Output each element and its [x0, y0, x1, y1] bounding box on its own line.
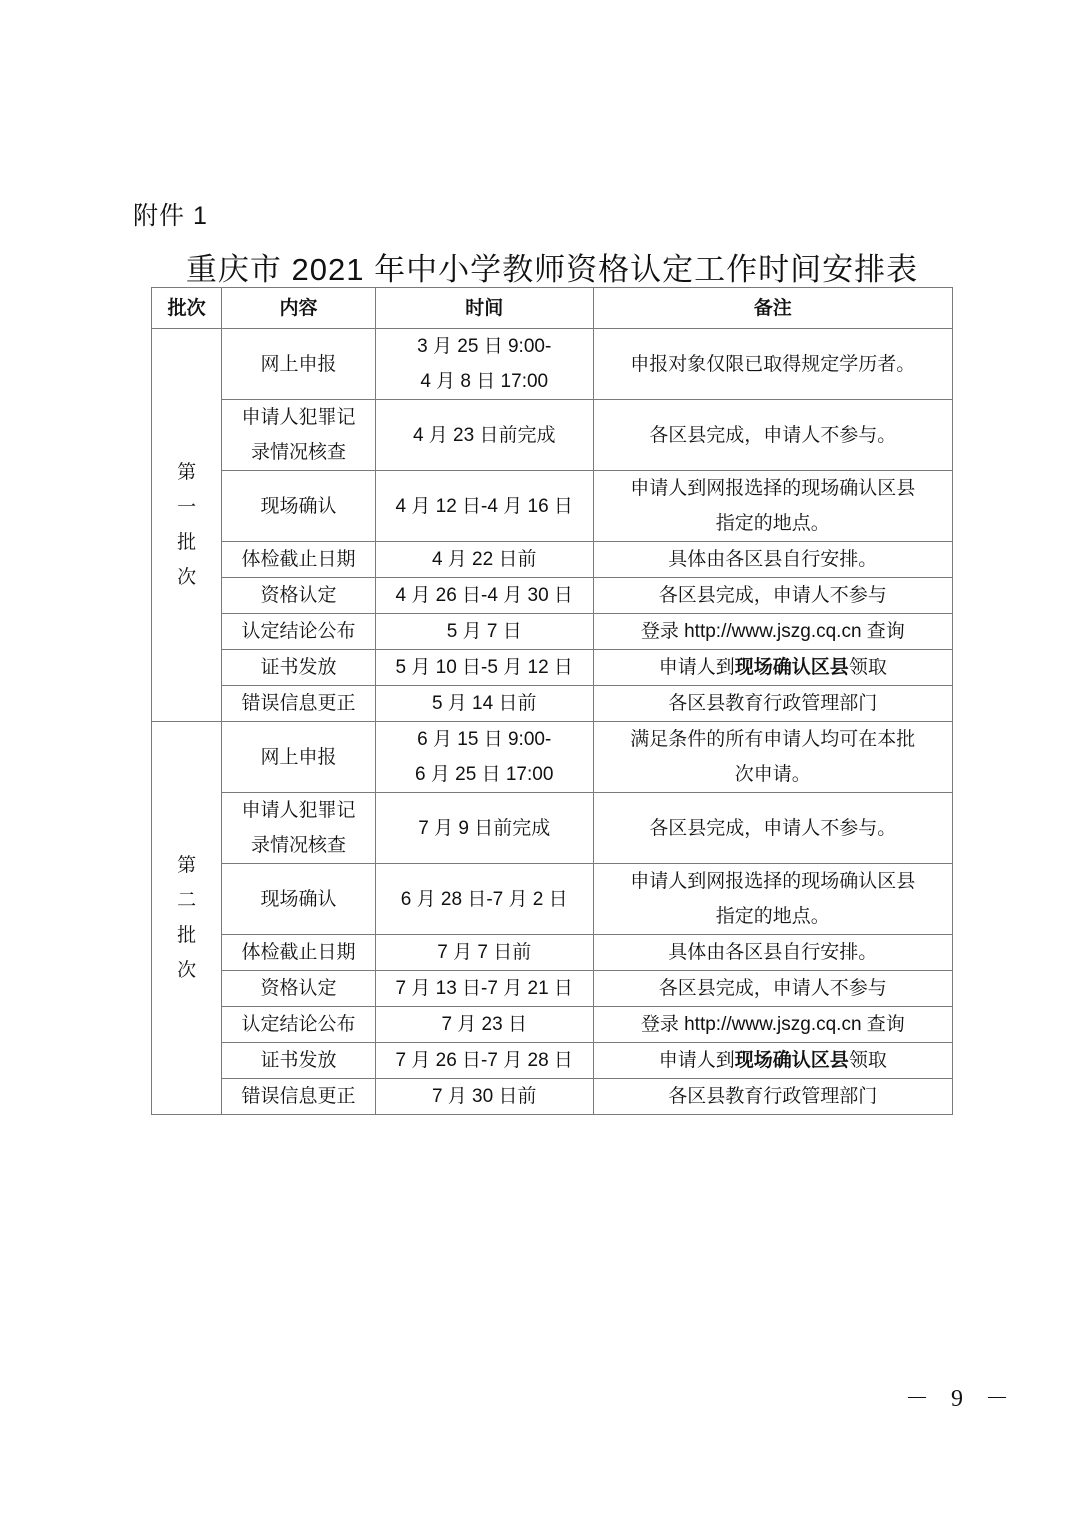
content-cell: 错误信息更正: [222, 686, 376, 722]
time-cell: 5 月 14 日前: [375, 686, 593, 722]
header-content: 内容: [222, 288, 376, 329]
table-row: 资格认定 4 月 26 日-4 月 30 日 各区县完成，申请人不参与: [152, 578, 953, 614]
content-cell: 网上申报: [222, 722, 376, 793]
content-cell: 认定结论公布: [222, 1007, 376, 1043]
table-row: 认定结论公布 5 月 7 日 登录 http://www.jszg.cq.cn …: [152, 614, 953, 650]
note-cell: 申请人到网报选择的现场确认区县指定的地点。: [593, 471, 952, 542]
table-row: 现场确认 4 月 12 日-4 月 16 日 申请人到网报选择的现场确认区县指定…: [152, 471, 953, 542]
table-row: 资格认定 7 月 13 日-7 月 21 日 各区县完成，申请人不参与: [152, 971, 953, 1007]
time-cell: 7 月 30 日前: [375, 1079, 593, 1115]
table-row: 第 二 批 次 网上申报 6 月 15 日 9:00-6 月 25 日 17:0…: [152, 722, 953, 793]
page-title: 重庆市 2021 年中小学教师资格认定工作时间安排表: [0, 244, 1074, 289]
table-row: 现场确认 6 月 28 日-7 月 2 日 申请人到网报选择的现场确认区县指定的…: [152, 864, 953, 935]
content-cell: 申请人犯罪记录情况核查: [222, 400, 376, 471]
table-row: 体检截止日期 4 月 22 日前 具体由各区县自行安排。: [152, 542, 953, 578]
table-row: 认定结论公布 7 月 23 日 登录 http://www.jszg.cq.cn…: [152, 1007, 953, 1043]
content-cell: 网上申报: [222, 329, 376, 400]
batch-label-2: 第 二 批 次: [152, 722, 222, 1115]
content-cell: 证书发放: [222, 1043, 376, 1079]
note-cell: 各区县完成，申请人不参与。: [593, 793, 952, 864]
schedule-table: 批次 内容 时间 备注 第 一 批 次 网上申报 3 月 25 日 9:00-4…: [151, 287, 953, 1115]
note-cell: 各区县教育行政管理部门: [593, 1079, 952, 1115]
time-cell: 4 月 26 日-4 月 30 日: [375, 578, 593, 614]
note-cell: 申请人到现场确认区县领取: [593, 650, 952, 686]
time-cell: 5 月 7 日: [375, 614, 593, 650]
note-cell: 各区县教育行政管理部门: [593, 686, 952, 722]
batch-label-1: 第 一 批 次: [152, 329, 222, 722]
header-note: 备注: [593, 288, 952, 329]
content-cell: 体检截止日期: [222, 542, 376, 578]
time-cell: 7 月 23 日: [375, 1007, 593, 1043]
note-cell: 登录 http://www.jszg.cq.cn 查询: [593, 1007, 952, 1043]
table-row: 证书发放 5 月 10 日-5 月 12 日 申请人到现场确认区县领取: [152, 650, 953, 686]
table-row: 证书发放 7 月 26 日-7 月 28 日 申请人到现场确认区县领取: [152, 1043, 953, 1079]
note-cell: 申请人到现场确认区县领取: [593, 1043, 952, 1079]
time-cell: 7 月 26 日-7 月 28 日: [375, 1043, 593, 1079]
time-cell: 6 月 28 日-7 月 2 日: [375, 864, 593, 935]
note-cell: 满足条件的所有申请人均可在本批次申请。: [593, 722, 952, 793]
page-number: － 9 －: [905, 1378, 1017, 1413]
note-cell: 各区县完成，申请人不参与: [593, 578, 952, 614]
note-cell: 具体由各区县自行安排。: [593, 935, 952, 971]
content-cell: 证书发放: [222, 650, 376, 686]
content-cell: 体检截止日期: [222, 935, 376, 971]
table-row: 申请人犯罪记录情况核查 4 月 23 日前完成 各区县完成，申请人不参与。: [152, 400, 953, 471]
time-cell: 4 月 22 日前: [375, 542, 593, 578]
content-cell: 认定结论公布: [222, 614, 376, 650]
note-cell: 各区县完成，申请人不参与。: [593, 400, 952, 471]
content-cell: 资格认定: [222, 578, 376, 614]
table-row: 第 一 批 次 网上申报 3 月 25 日 9:00-4 月 8 日 17:00…: [152, 329, 953, 400]
header-batch: 批次: [152, 288, 222, 329]
note-cell: 登录 http://www.jszg.cq.cn 查询: [593, 614, 952, 650]
table-row: 错误信息更正 5 月 14 日前 各区县教育行政管理部门: [152, 686, 953, 722]
header-time: 时间: [375, 288, 593, 329]
time-cell: 5 月 10 日-5 月 12 日: [375, 650, 593, 686]
time-cell: 3 月 25 日 9:00-4 月 8 日 17:00: [375, 329, 593, 400]
table-header-row: 批次 内容 时间 备注: [152, 288, 953, 329]
table-row: 申请人犯罪记录情况核查 7 月 9 日前完成 各区县完成，申请人不参与。: [152, 793, 953, 864]
content-cell: 资格认定: [222, 971, 376, 1007]
note-cell: 申请人到网报选择的现场确认区县指定的地点。: [593, 864, 952, 935]
attachment-label: 附件 1: [133, 196, 208, 232]
content-cell: 错误信息更正: [222, 1079, 376, 1115]
time-cell: 6 月 15 日 9:00-6 月 25 日 17:00: [375, 722, 593, 793]
table-row: 错误信息更正 7 月 30 日前 各区县教育行政管理部门: [152, 1079, 953, 1115]
note-cell: 申报对象仅限已取得规定学历者。: [593, 329, 952, 400]
time-cell: 7 月 9 日前完成: [375, 793, 593, 864]
content-cell: 申请人犯罪记录情况核查: [222, 793, 376, 864]
time-cell: 7 月 7 日前: [375, 935, 593, 971]
time-cell: 4 月 12 日-4 月 16 日: [375, 471, 593, 542]
time-cell: 4 月 23 日前完成: [375, 400, 593, 471]
note-cell: 具体由各区县自行安排。: [593, 542, 952, 578]
table-row: 体检截止日期 7 月 7 日前 具体由各区县自行安排。: [152, 935, 953, 971]
note-cell: 各区县完成，申请人不参与: [593, 971, 952, 1007]
content-cell: 现场确认: [222, 471, 376, 542]
time-cell: 7 月 13 日-7 月 21 日: [375, 971, 593, 1007]
content-cell: 现场确认: [222, 864, 376, 935]
